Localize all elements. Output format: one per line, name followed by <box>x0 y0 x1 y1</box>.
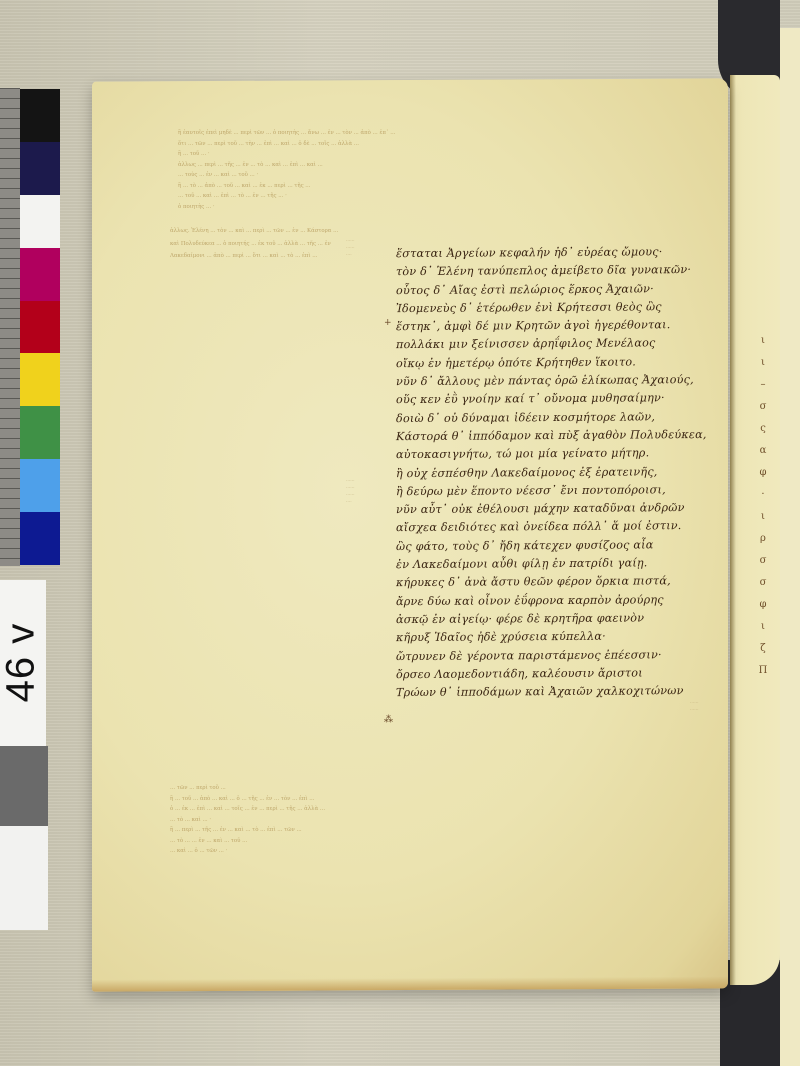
swatch-magenta <box>20 248 60 301</box>
facing-margin-letter: ς <box>743 418 783 440</box>
scholia-line: ἢ ... τὸ ... ἀπὸ ... τοῦ ... καὶ ... ἐκ … <box>178 181 708 192</box>
verse-line: τὸν δ᾽ Ἑλένη τανύπεπλος ἀμείβετο δῖα γυν… <box>396 261 726 282</box>
grey-patch <box>0 746 48 826</box>
verse-line: οἴκῳ ἐν ἡμετέρῳ ὁπότε Κρήτηθεν ἵκοιτο. <box>396 353 726 374</box>
scholia-line: ἀλλως ... περὶ ... τῆς ... ἐν ... τὸ ...… <box>178 160 708 171</box>
interlinear-gloss: ············ <box>690 700 720 714</box>
verse-line: δοιὼ δ᾽ οὐ δύναμαι ἰδέειν κοσμήτορε λαῶν… <box>396 408 726 429</box>
verse-line: οὗτος δ᾽ Αἴας ἐστὶ πελώριος ἕρκος Ἀχαιῶν… <box>396 279 726 300</box>
facing-margin-letter: α <box>743 440 783 462</box>
swatch-green <box>20 406 60 459</box>
verse-line: Τρώων θ᾽ ἱπποδάμων καὶ Ἀχαιῶν χαλκοχιτών… <box>396 682 726 703</box>
facing-margin-letter: φ <box>743 462 783 484</box>
facing-margin-letter: ρ <box>743 528 783 550</box>
folio-number: 46 v <box>0 598 44 728</box>
facing-margin-letter: ι <box>743 330 783 352</box>
facing-margin-letter: σ <box>743 396 783 418</box>
scholia-line: ... τοῦ ... καὶ ... ἐπὶ ... τὸ ... ἐν ..… <box>178 191 708 202</box>
folio-label: 46 v <box>0 580 46 746</box>
swatch-white <box>20 195 60 248</box>
swatch-dark-blue <box>20 142 60 195</box>
verse-line: κῆρυξ Ἰδαῖος ἠδὲ χρύσεια κύπελλα· <box>396 627 726 648</box>
scholia-line: ἢ ... τοῦ ... · <box>178 149 708 160</box>
measuring-ruler <box>0 88 20 566</box>
facing-margin-letter: ι <box>743 352 783 374</box>
facing-margin-letter: σ <box>743 550 783 572</box>
verse-line: ὣς φάτο, τοὺς δ᾽ ἤδη κάτεχεν φυσίζοος αἶ… <box>396 536 726 557</box>
facing-margin-letter: – <box>743 374 783 396</box>
facing-page-margin <box>780 28 800 1066</box>
scholia-line: ὁ ... ἐκ ... ἐπὶ ... καὶ ... τοῖς ... ἐν… <box>170 804 710 815</box>
verse-line: αὐτοκασιγνήτω, τώ μοι μία γείνατο μήτηρ. <box>396 444 726 465</box>
facing-margin-letter: ζ <box>743 638 783 660</box>
scholia-bottom: ... τῶν ... περὶ τοῦ ...ἢ ... τοῦ ... ἀπ… <box>170 783 710 857</box>
scholia-left-column: ἀλλως. Ἑλένη ... τὸν ... καὶ ... περὶ ..… <box>170 225 345 263</box>
facing-margin-letter: φ <box>743 594 783 616</box>
swatch-blue <box>20 512 60 565</box>
scholia-line: ... τοὺς ... ἐν ... καὶ ... τοῦ ... · <box>178 170 708 181</box>
verse-line: κήρυκες δ᾽ ἀνὰ ἄστυ θεῶν φέρον ὅρκια πισ… <box>396 572 726 593</box>
swatch-black <box>20 89 60 142</box>
verse-line: αἴσχεα δειδιότες καὶ ὀνείδεα πόλλ᾽ ἅ μοί… <box>396 517 726 538</box>
scholia-line: ... τῶν ... περὶ τοῦ ... <box>170 783 710 794</box>
verse-line: ὄρσεο Λαομεδοντιάδη, καλέουσιν ἄριστοι <box>396 664 726 685</box>
scholia-line: ἢ ἑαυτοῖς ἐπεὶ μηδὲ ... περὶ τῶν ... ὁ π… <box>178 128 708 139</box>
verse-line: ἄρνε δύω καὶ οἶνον ἐΰφρονα καρπὸν ἀρούρη… <box>396 590 726 611</box>
scholia-line: ἢ ... περὶ ... τῆς ... ἐν ... καὶ ... τὸ… <box>170 825 710 836</box>
verse-line: οὕς κεν ἐῢ γνοίην καί τ᾽ οὔνομα μυθησαίμ… <box>396 389 726 410</box>
swatch-red <box>20 301 60 354</box>
interlinear-gloss: ················ <box>346 238 386 259</box>
scholia-line: ... τὸ ... καὶ ... · <box>170 815 710 826</box>
verse-line: πολλάκι μιν ξείνισσεν ἀρηΐφιλος Μενέλαος <box>396 334 726 355</box>
facing-margin-letter: Π <box>743 660 783 682</box>
main-text-block: ἕσταται Ἀργείων κεφαλήν ἠδ᾽ εὐρέας ὤμους… <box>396 244 726 701</box>
verse-line: ἢ οὐχ ἑσπέσθην Λακεδαίμονος ἐξ ἐρατεινῆς… <box>396 462 726 483</box>
scholia-line: ὅτι ... τῶν ... περὶ τοῦ ... τὴν ... ἐπὶ… <box>178 139 708 150</box>
facing-margin-letter: · <box>743 484 783 506</box>
facing-page-marginalia: ιι–σςαφ·ιρσσφιζΠ <box>743 330 783 682</box>
facing-margin-letter: ι <box>743 506 783 528</box>
scholia-line: ὁ ποιητὴς ... · <box>178 202 708 213</box>
margin-mark: + <box>384 318 392 328</box>
swatch-cyan <box>20 459 60 512</box>
facing-margin-letter: ι <box>743 616 783 638</box>
scholia-top: ἢ ἑαυτοῖς ἐπεὶ μηδὲ ... περὶ τῶν ... ὁ π… <box>178 128 708 212</box>
swatch-yellow <box>20 353 60 406</box>
scholia-line: ... καὶ ... ὁ ... τῶν ... · <box>170 846 710 857</box>
interlinear-gloss: ······················ <box>346 478 386 506</box>
facing-margin-letter: σ <box>743 572 783 594</box>
scholia-line: ... τὸ ... ... ἐν ... καὶ ... τοῦ ... <box>170 836 710 847</box>
verse-line: ὤτρυνεν δὲ γέροντα παριστάμενος ἐπέεσσιν… <box>396 645 726 666</box>
white-patch <box>0 826 48 930</box>
scholia-line: ἢ ... τοῦ ... ἀπὸ ... καὶ ... ὁ ... τῆς … <box>170 794 710 805</box>
margin-mark: ⁂ <box>384 715 393 725</box>
color-target <box>20 89 60 565</box>
